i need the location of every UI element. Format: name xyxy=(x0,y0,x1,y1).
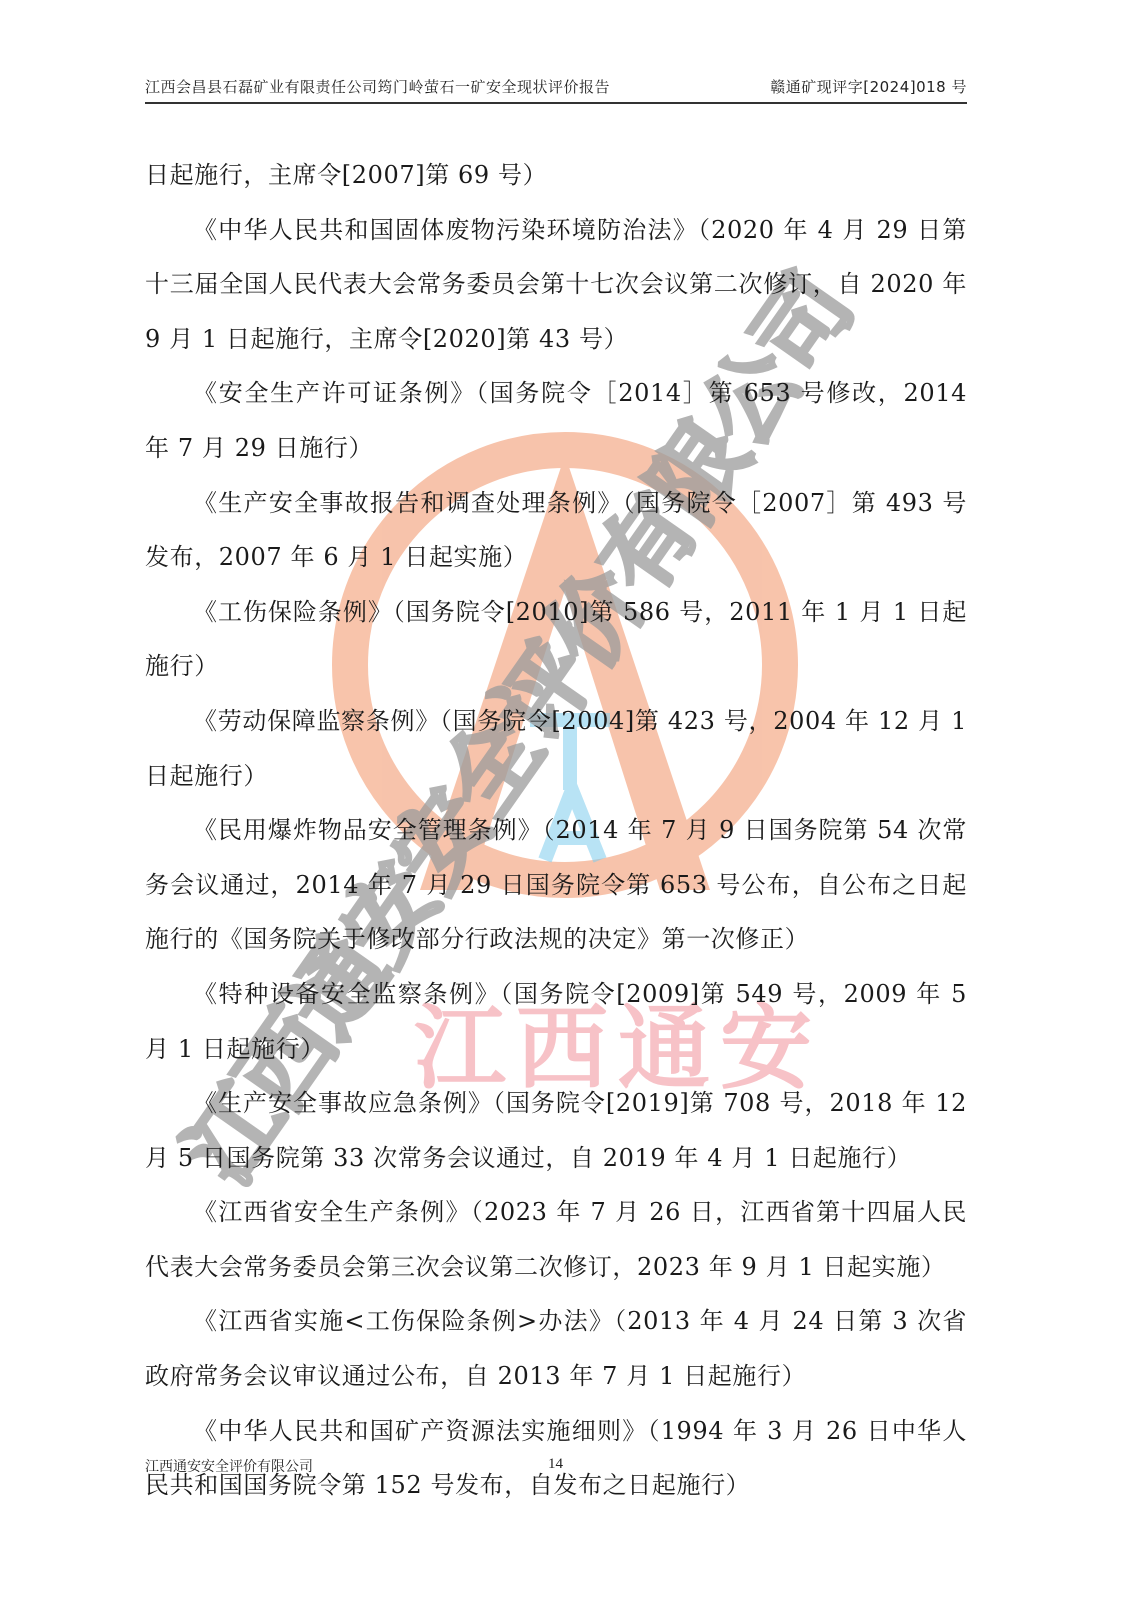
page-number: 14 xyxy=(548,1456,563,1473)
regulation-item: 《劳动保障监察条例》（国务院令[2004]第 423 号，2004 年 12 月… xyxy=(145,694,967,803)
regulations-list: 日起施行，主席令[2007]第 69 号） 《中华人民共和国固体废物污染环境防治… xyxy=(145,148,967,1513)
document-number: 赣通矿现评字[2024]018 号 xyxy=(770,76,967,97)
regulation-item: 《特种设备安全监察条例》（国务院令[2009]第 549 号，2009 年 5 … xyxy=(145,967,967,1076)
page-header: 江西会昌县石磊矿业有限责任公司筠门岭萤石一矿安全现状评价报告 赣通矿现评字[20… xyxy=(145,76,967,104)
regulation-item: 《生产安全事故应急条例》（国务院令[2019]第 708 号，2018 年 12… xyxy=(145,1076,967,1185)
document-page: 江西通安 江西通安安全评价有限公司 江西会昌县石磊矿业有限责任公司筠门岭萤石一矿… xyxy=(0,0,1131,1600)
report-title: 江西会昌县石磊矿业有限责任公司筠门岭萤石一矿安全现状评价报告 xyxy=(145,76,610,97)
footer-company-name: 江西通安安全评价有限公司 xyxy=(145,1456,313,1476)
regulation-item: 《中华人民共和国固体废物污染环境防治法》（2020 年 4 月 29 日第十三届… xyxy=(145,203,967,367)
regulation-item: 《安全生产许可证条例》（国务院令［2014］第 653 号修改，2014 年 7… xyxy=(145,366,967,475)
regulation-item: 《江西省安全生产条例》（2023 年 7 月 26 日，江西省第十四届人民代表大… xyxy=(145,1185,967,1294)
paragraph-continuation: 日起施行，主席令[2007]第 69 号） xyxy=(145,148,967,203)
regulation-item: 《生产安全事故报告和调查处理条例》（国务院令［2007］第 493 号发布，20… xyxy=(145,476,967,585)
regulation-item: 《工伤保险条例》（国务院令[2010]第 586 号，2011 年 1 月 1 … xyxy=(145,585,967,694)
regulation-item: 《民用爆炸物品安全管理条例》（2014 年 7 月 9 日国务院第 54 次常务… xyxy=(145,803,967,967)
regulation-item: 《江西省实施<工伤保险条例>办法》（2013 年 4 月 24 日第 3 次省政… xyxy=(145,1294,967,1403)
page-footer: 江西通安安全评价有限公司 14 xyxy=(145,1456,967,1478)
header-divider xyxy=(145,102,967,104)
